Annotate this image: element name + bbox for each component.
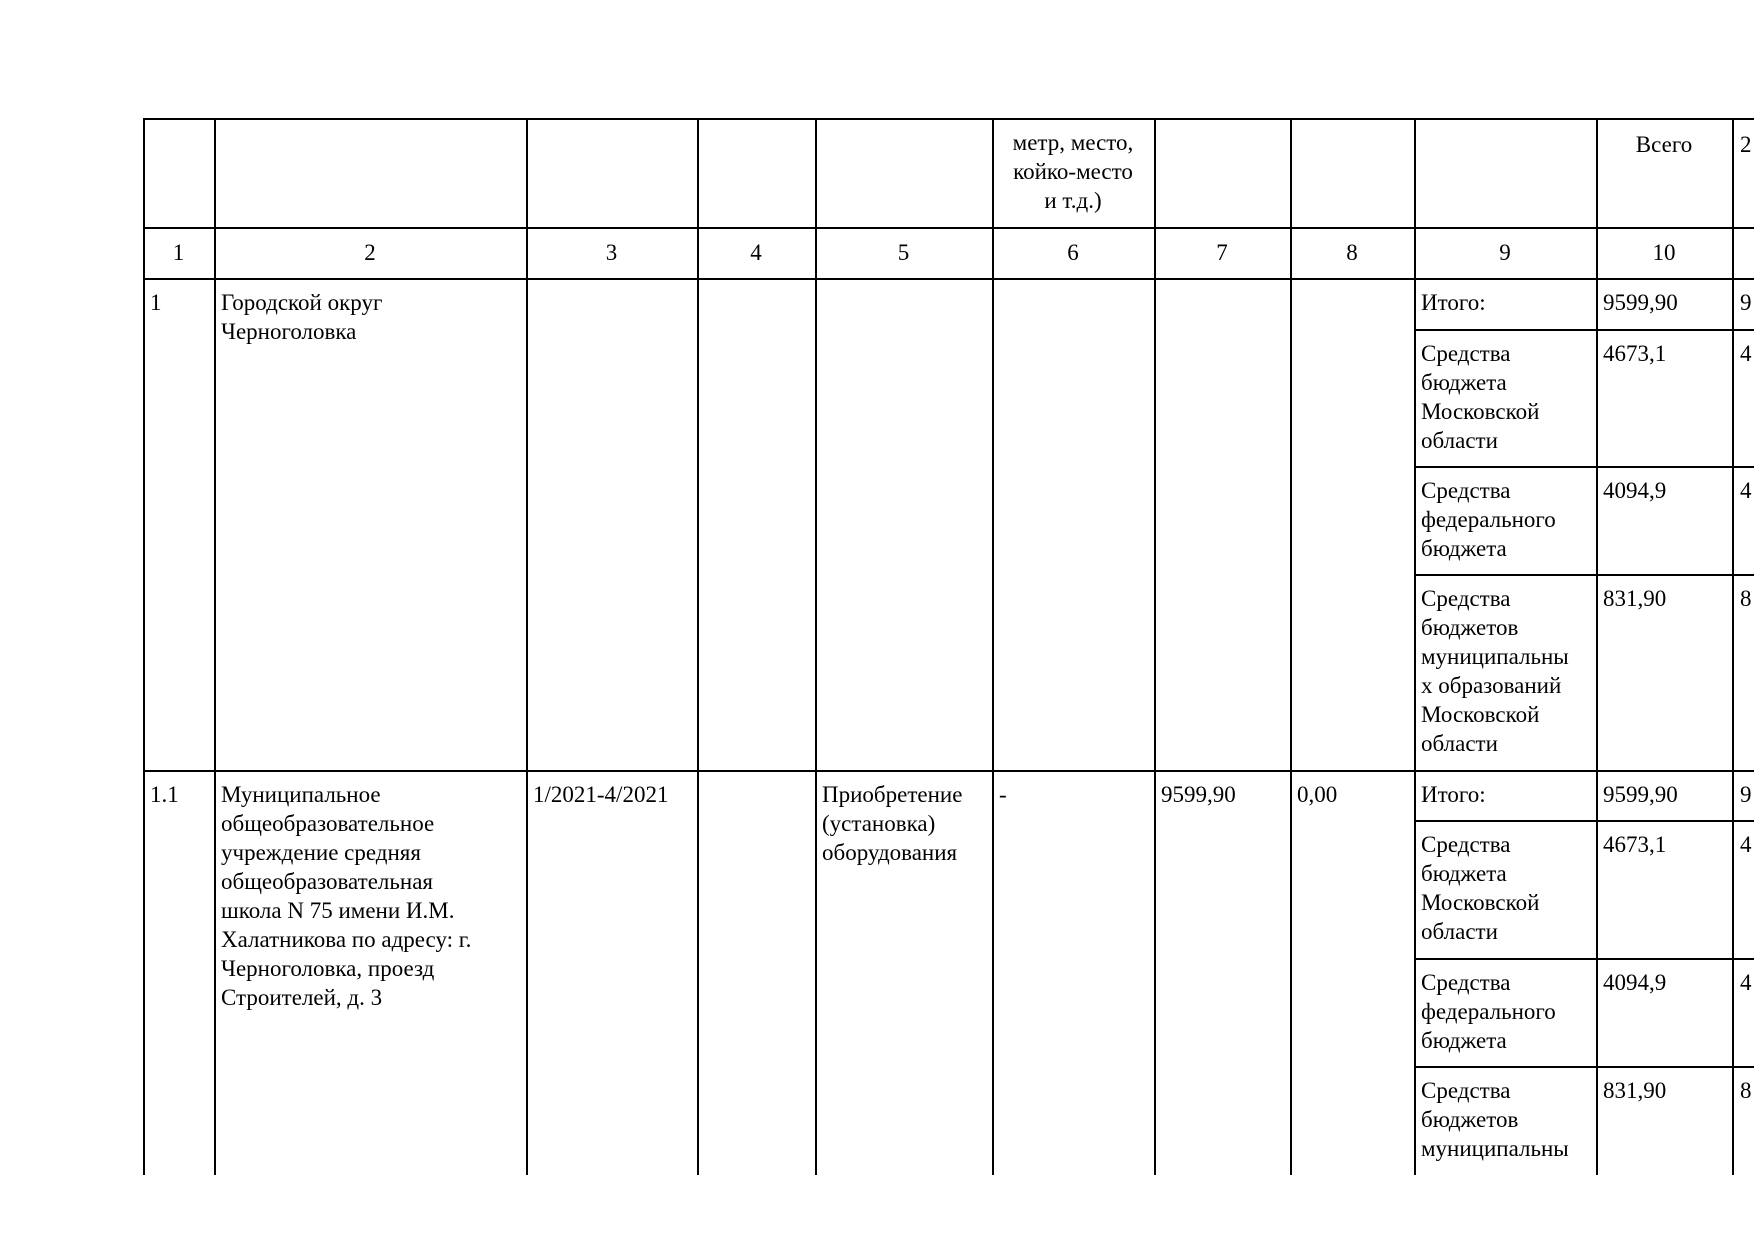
header-total: Всего — [1596, 130, 1732, 159]
funding-source: Средства федерального бюджета — [1421, 968, 1593, 1055]
funding-total: 4673,1 — [1603, 830, 1729, 859]
table-border — [143, 118, 1754, 120]
funding-source: Средства бюджетов муниципальны х образов… — [1421, 584, 1593, 758]
funding-source: Средства бюджетов муниципальны — [1421, 1076, 1593, 1163]
table-border — [143, 770, 1754, 772]
row-number: 1.1 — [150, 780, 211, 809]
funding-total: 831,90 — [1603, 584, 1729, 613]
table-border — [214, 118, 216, 1175]
table-border — [1414, 958, 1754, 960]
funding-source: Итого: — [1421, 288, 1593, 317]
column-number: 9 — [1414, 238, 1596, 267]
funding-source: Средства бюджета Московской области — [1421, 339, 1593, 455]
table-border — [143, 118, 145, 1175]
capacity: - — [999, 780, 1151, 809]
funding-next-fragment: 4 — [1740, 830, 1754, 859]
table-border — [1290, 118, 1292, 1175]
funding-next-fragment: 8 — [1740, 1076, 1754, 1105]
column-number: 4 — [697, 238, 815, 267]
table-border — [697, 118, 699, 1175]
funding-source: Итого: — [1421, 780, 1593, 809]
cost: 9599,90 — [1161, 780, 1287, 809]
table-border — [526, 118, 528, 1175]
col8-value: 0,00 — [1297, 780, 1411, 809]
funding-next-fragment: 4 — [1740, 476, 1754, 505]
column-number: 10 — [1596, 238, 1732, 267]
object-name: Городской округ Черноголовка — [221, 288, 523, 346]
funding-next-fragment: 9 — [1740, 288, 1754, 317]
table-border — [1414, 820, 1754, 822]
column-number: 7 — [1154, 238, 1290, 267]
funding-next-fragment: 8 — [1740, 584, 1754, 613]
period: 1/2021-4/2021 — [533, 780, 694, 809]
table-border — [1154, 118, 1156, 1175]
funding-total: 4673,1 — [1603, 339, 1729, 368]
object-name: Муниципальное общеобразовательное учрежд… — [221, 780, 523, 1012]
funding-total: 9599,90 — [1603, 288, 1729, 317]
document-page: метр, место, койко-место и т.д.)Всего212… — [0, 0, 1754, 1240]
header-year-fragment: 2 — [1740, 130, 1754, 159]
table-border — [992, 118, 994, 1175]
funding-next-fragment: 4 — [1740, 968, 1754, 997]
table-border — [1414, 574, 1754, 576]
funding-total: 4094,9 — [1603, 968, 1729, 997]
funding-total: 9599,90 — [1603, 780, 1729, 809]
table-border — [1414, 118, 1416, 1175]
table-border — [1732, 118, 1734, 1175]
table-border — [1414, 329, 1754, 331]
column-number: 6 — [992, 238, 1154, 267]
funding-next-fragment: 9 — [1740, 780, 1754, 809]
funding-source: Средства бюджета Московской области — [1421, 830, 1593, 946]
table-border — [143, 278, 1754, 280]
funding-next-fragment: 4 — [1740, 339, 1754, 368]
table-border — [1414, 1066, 1754, 1068]
table-border — [815, 118, 817, 1175]
funding-total: 831,90 — [1603, 1076, 1729, 1105]
column-number: 8 — [1290, 238, 1414, 267]
header-unit-note: метр, место, койко-место и т.д.) — [992, 128, 1154, 215]
column-number: 1 — [143, 238, 214, 267]
column-number: 5 — [815, 238, 992, 267]
work-type: Приобретение (установка) оборудования — [822, 780, 989, 867]
table-border — [1414, 466, 1754, 468]
table-border — [1596, 118, 1598, 1175]
funding-source: Средства федерального бюджета — [1421, 476, 1593, 563]
table-border — [143, 227, 1754, 229]
column-number: 3 — [526, 238, 697, 267]
column-number: 2 — [214, 238, 526, 267]
row-number: 1 — [150, 288, 211, 317]
funding-total: 4094,9 — [1603, 476, 1729, 505]
